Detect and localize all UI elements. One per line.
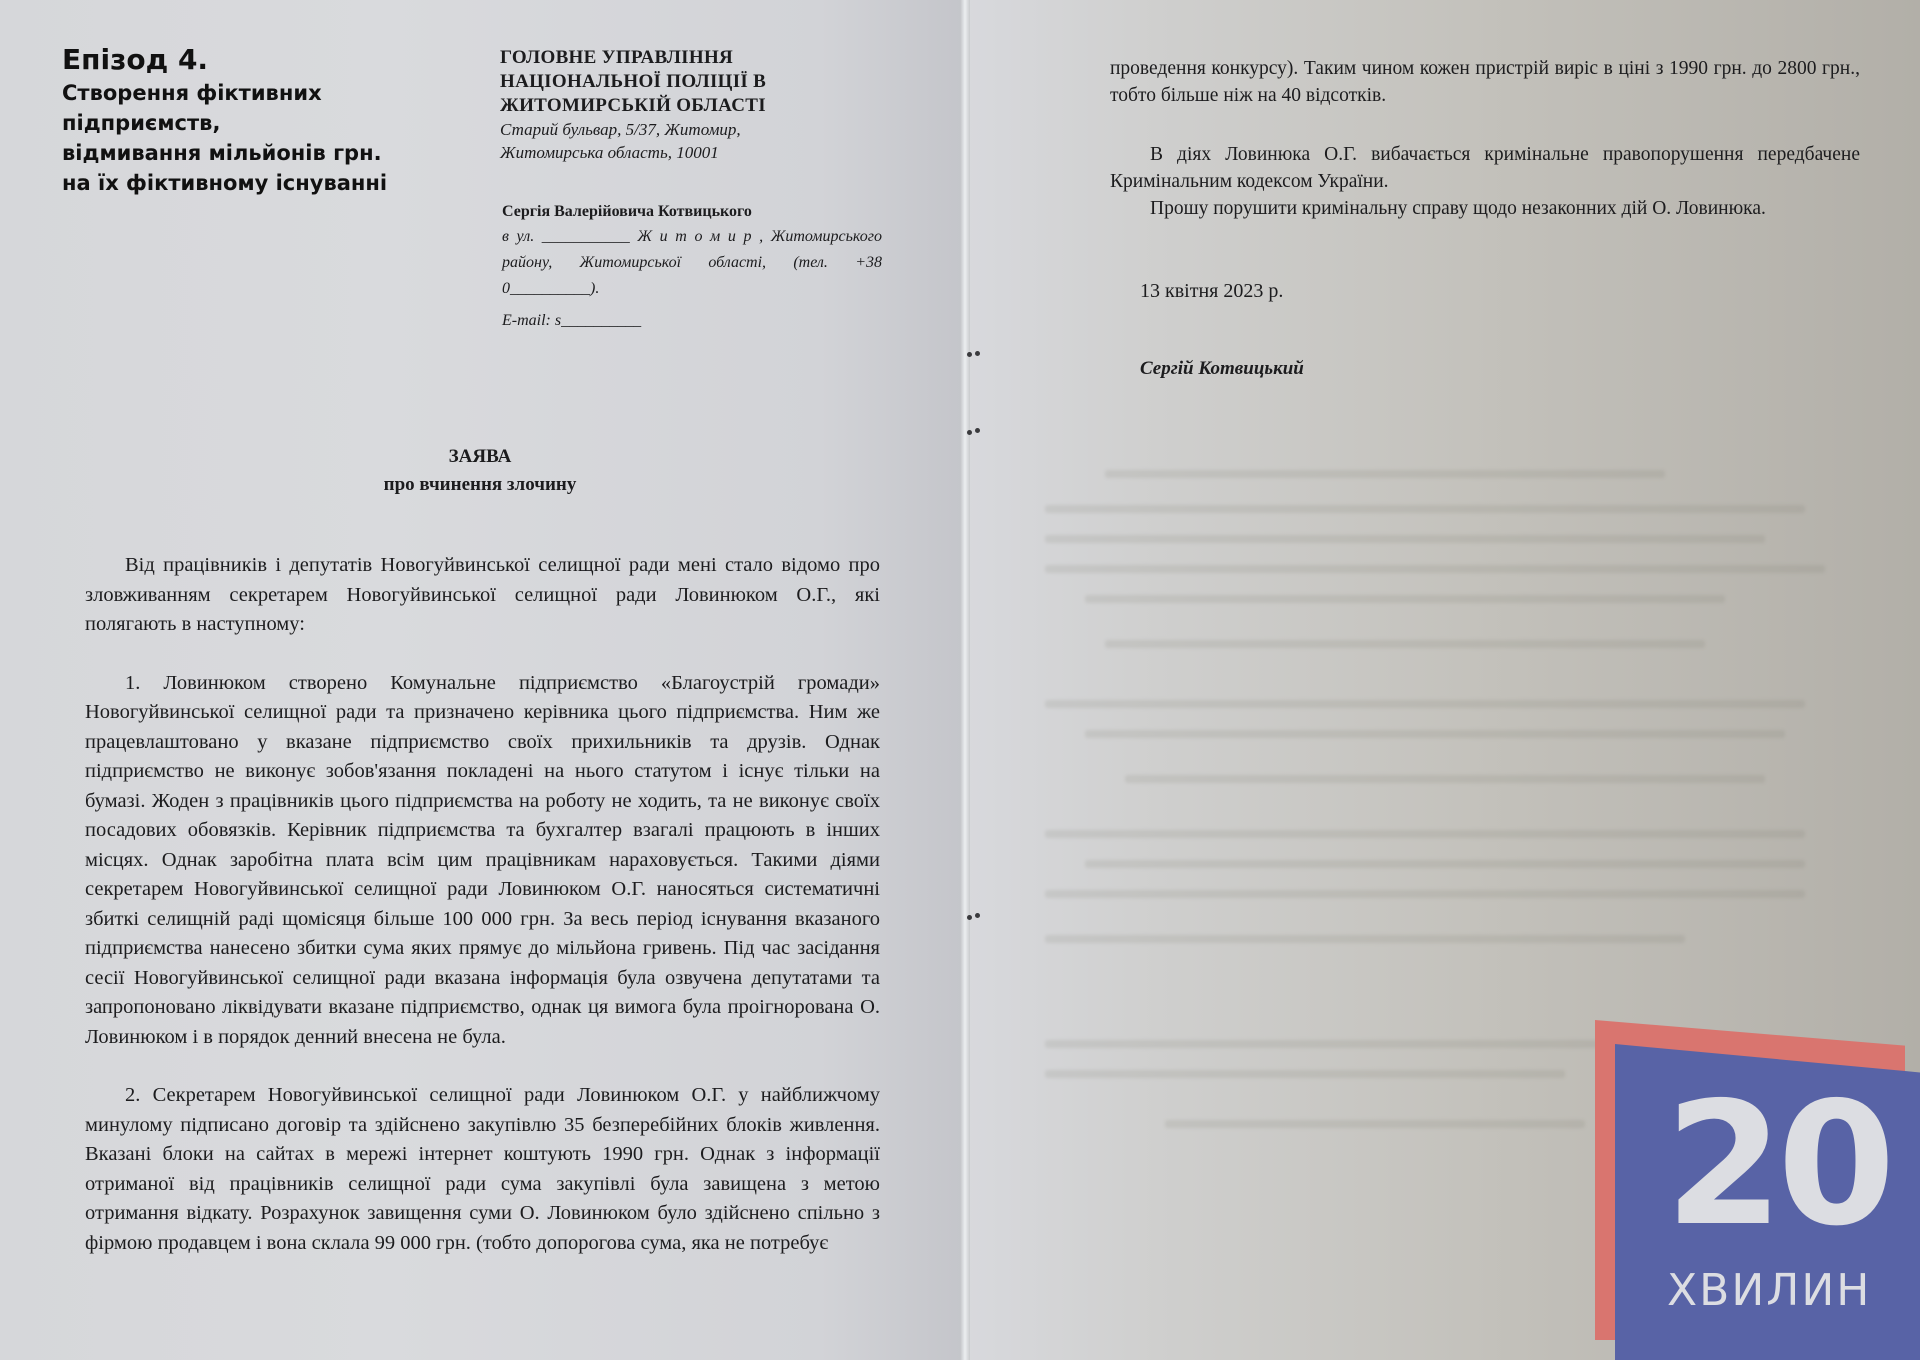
show-through-text bbox=[1045, 830, 1805, 838]
item-2-paragraph: 2. Секретарем Новогуйвинської селищної р… bbox=[85, 1081, 880, 1258]
intro-paragraph: Від працівників і депутатів Новогуйвинсь… bbox=[85, 551, 880, 640]
show-through-text bbox=[1045, 890, 1805, 898]
show-through-text bbox=[1045, 505, 1805, 513]
document-subtitle: про вчинення злочину bbox=[80, 471, 880, 499]
page-gutter bbox=[960, 0, 970, 1360]
show-through-text bbox=[1165, 1120, 1585, 1128]
sender-name: Сергія Валерійовича Котвицького bbox=[502, 200, 882, 224]
conclusion-paragraph: В діях Ловинюка О.Г. вибачається криміна… bbox=[1110, 141, 1860, 195]
request-paragraph: Прошу порушити кримінальну справу щодо н… bbox=[1110, 195, 1860, 222]
binding-staple bbox=[967, 915, 972, 920]
show-through-text bbox=[1045, 1040, 1605, 1048]
logo-number: 20 bbox=[1665, 1080, 1890, 1250]
show-through-text bbox=[1085, 860, 1805, 868]
item-2-continuation: проведення конкурсу). Таким чином кожен … bbox=[1110, 55, 1860, 109]
document-date: 13 квітня 2023 р. bbox=[1140, 280, 1283, 303]
show-through-text bbox=[1125, 775, 1765, 783]
show-through-text bbox=[1085, 730, 1785, 738]
sender-email: E-mail: s__________ bbox=[502, 312, 882, 330]
item-1-paragraph: 1. Ловинюком створено Комунальне підприє… bbox=[85, 669, 880, 1053]
binding-staple bbox=[967, 430, 972, 435]
episode-title: Епізод 4. bbox=[62, 42, 442, 78]
show-through-text bbox=[1105, 640, 1705, 648]
show-through-text bbox=[1085, 595, 1725, 603]
show-through-text bbox=[1045, 535, 1765, 543]
sender-address: в ул. ___________ Ж и т о м и р , Житоми… bbox=[502, 224, 882, 302]
episode-caption: Епізод 4. Створення фіктивних підприємст… bbox=[62, 42, 442, 198]
show-through-text bbox=[1045, 565, 1825, 573]
binding-staple bbox=[975, 351, 980, 356]
show-through-text bbox=[1105, 470, 1665, 478]
show-through-text bbox=[1045, 700, 1805, 708]
addressee-address: Старий бульвар, 5/37, Житомир, Житомирсь… bbox=[500, 118, 890, 164]
20-khvylyn-logo: 20 ХВИЛИН bbox=[1595, 1020, 1920, 1360]
sender-block: Сергія Валерійовича Котвицького в ул. __… bbox=[502, 200, 882, 330]
document-title: ЗАЯВА bbox=[80, 443, 880, 471]
document-body-right: проведення конкурсу). Таким чином кожен … bbox=[1110, 55, 1860, 222]
document-heading: ЗАЯВА про вчинення злочину bbox=[80, 443, 880, 499]
episode-subtitle: Створення фіктивних підприємств, відмива… bbox=[62, 78, 442, 198]
binding-staple bbox=[975, 428, 980, 433]
addressee-organization: ГОЛОВНЕ УПРАВЛІННЯ НАЦІОНАЛЬНОЇ ПОЛІЦІЇ … bbox=[500, 46, 890, 118]
document-body-left: Від працівників і депутатів Новогуйвинсь… bbox=[85, 551, 880, 1287]
addressee-block: ГОЛОВНЕ УПРАВЛІННЯ НАЦІОНАЛЬНОЇ ПОЛІЦІЇ … bbox=[500, 46, 890, 164]
signature: Сергій Котвицький bbox=[1140, 358, 1304, 380]
logo-word: ХВИЛИН bbox=[1667, 1265, 1871, 1316]
binding-staple bbox=[975, 913, 980, 918]
show-through-text bbox=[1045, 1070, 1565, 1078]
show-through-text bbox=[1045, 935, 1685, 943]
binding-staple bbox=[967, 352, 972, 357]
